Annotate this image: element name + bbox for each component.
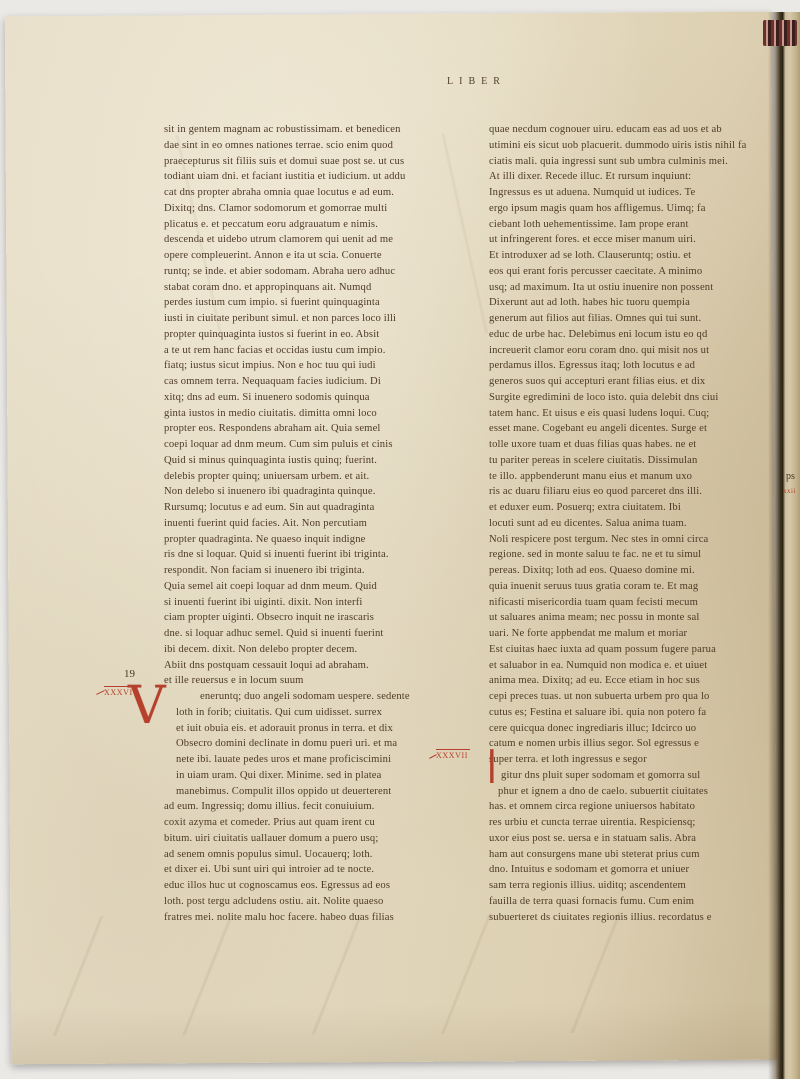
text-line: Quia semel ait coepi loquar ad dnm meum.… bbox=[164, 579, 456, 595]
text-line: cutus es; Festina et saluare ibi. quia n… bbox=[489, 705, 777, 721]
text-line: generos suos qui accepturi erant filias … bbox=[489, 374, 777, 390]
text-line: quia inuenit seruus tuus gratia coram te… bbox=[489, 579, 777, 595]
text-line: Est ciuitas haec iuxta ad quam possum fu… bbox=[489, 642, 777, 658]
text-line: descenda et uidebo utrum clamorem qui ue… bbox=[164, 232, 456, 248]
text-line: dae sint in eo omnes nationes terrae. sc… bbox=[164, 138, 456, 154]
text-line: Quid si minus quinquaginta iustis quinq;… bbox=[164, 453, 456, 469]
text-line: a te ut rem hanc facias et occidas iustu… bbox=[164, 343, 456, 359]
text-line: educ de urbe hac. Delebimus eni locum is… bbox=[489, 327, 777, 343]
text-line: phur et ignem a dno de caelo. subuertit … bbox=[489, 784, 777, 800]
text-line: loth in forib; ciuitatis. Qui cum uidiss… bbox=[164, 705, 456, 721]
text-line: ut infringerent fores. et ecce miser man… bbox=[489, 232, 777, 248]
text-line: At illi dixer. Recede illuc. Et rursum i… bbox=[489, 169, 777, 185]
parchment-bottom-shading bbox=[11, 1002, 777, 1065]
text-line: si inuenti fuerint ibi uiginti. dixit. N… bbox=[164, 595, 456, 611]
text-line: perdamus illos. Egressus itaq; loth locu… bbox=[489, 358, 777, 374]
rubricated-initial-i: I bbox=[487, 744, 497, 790]
text-line: has. et omnem circa regione uniuersos ha… bbox=[489, 799, 777, 815]
text-lines: quae necdum cognouer uiru. educam eas ad… bbox=[489, 122, 777, 925]
text-line: utimini eis sicut uob placuerit. dummodo… bbox=[489, 138, 777, 154]
text-line: Obsecro domini declinate in domu pueri u… bbox=[164, 736, 456, 752]
text-line: et ille reuersus e in locum suum bbox=[164, 673, 456, 689]
rubricated-initial-v: V bbox=[128, 680, 166, 732]
text-line: uari. Ne forte appbendat me malum et mor… bbox=[489, 626, 777, 642]
text-line: anima mea. Dixitq; ad eu. Ecce etiam in … bbox=[489, 673, 777, 689]
text-line: nete ibi. lauate pedes uros et mane prof… bbox=[164, 752, 456, 768]
parchment-fold-lines bbox=[50, 912, 651, 1036]
text-line: bitum. uiri ciuitatis uallauer domum a p… bbox=[164, 831, 456, 847]
text-line: perdes iustum cum impio. si fuerint quin… bbox=[164, 295, 456, 311]
text-line: et saluabor in ea. Numquid non modica e.… bbox=[489, 658, 777, 674]
text-line: Dixerunt aut ad loth. habes hic tuoru qu… bbox=[489, 295, 777, 311]
text-line: nificasti misericordia tuam quam fecisti… bbox=[489, 595, 777, 611]
text-line: dne. si loquar adhuc semel. Quid si inue… bbox=[164, 626, 456, 642]
text-line: tu pariter pereas in scelere ciuitatis. … bbox=[489, 453, 777, 469]
text-column-right: quae necdum cognouer uiru. educam eas ad… bbox=[489, 122, 777, 925]
text-line: quae necdum cognouer uiru. educam eas ad… bbox=[489, 122, 777, 138]
text-line: pereas. Dixitq; loth ad eos. Quaeso domi… bbox=[489, 563, 777, 579]
text-line: tatem hanc. Et uisus e eis quasi ludens … bbox=[489, 406, 777, 422]
text-line: te illo. appbenderunt manu eius et manum… bbox=[489, 469, 777, 485]
text-line: stabat coram dno. et appropinquans ait. … bbox=[164, 280, 456, 296]
text-line: ris dne si loquar. Quid si inuenti fueri… bbox=[164, 547, 456, 563]
text-line: et dixer ei. Ubi sunt uiri qui introier … bbox=[164, 862, 456, 878]
book-headband bbox=[763, 20, 797, 46]
text-line: runtq; se inde. et abier sodomam. Abraha… bbox=[164, 264, 456, 280]
running-header: LIBER bbox=[447, 76, 506, 87]
text-line: in uiam uram. Qui dixer. Minime. sed in … bbox=[164, 768, 456, 784]
text-line: propter eos. Respondens abraham ait. Qui… bbox=[164, 421, 456, 437]
text-line: et eduxer eum. Posuerq; extra ciuitatem.… bbox=[489, 500, 777, 516]
text-line: ham aut consurgens mane ubi steterat pri… bbox=[489, 847, 777, 863]
text-line: praecepturus sit filiis suis et domui su… bbox=[164, 154, 456, 170]
text-line: ibi decem. dixit. Non delebo propter dec… bbox=[164, 642, 456, 658]
text-line: respondit. Non faciam si inuenero ibi tr… bbox=[164, 563, 456, 579]
text-line: iusti in ciuitate peribunt simul. et non… bbox=[164, 311, 456, 327]
text-line: locuti sunt ad eu dicentes. Salua anima … bbox=[489, 516, 777, 532]
text-line: cepi preces tuas. ut non subuerta urbem … bbox=[489, 689, 777, 705]
text-line: fiatq; iustus sicut impius. Non e hoc tu… bbox=[164, 358, 456, 374]
manuscript-photo: LIBER 19 XXXVI XXXVII sit in gentem magn… bbox=[0, 0, 800, 1079]
text-line: educ illos huc ut cognoscamus eos. Egres… bbox=[164, 878, 456, 894]
text-line: ergo ipsum magis quam hos affligemus. Ui… bbox=[489, 201, 777, 217]
text-line: propter quadraginta. Ne quaeso inquit in… bbox=[164, 532, 456, 548]
text-line: sam terra regionis illius. uiditq; ascen… bbox=[489, 878, 777, 894]
text-line: loth. post tergu adcludens ostiu. ait. N… bbox=[164, 894, 456, 910]
text-line: eos qui erant foris percusser caecitate.… bbox=[489, 264, 777, 280]
text-line: ciebant loth uehementissime. Iam prope e… bbox=[489, 217, 777, 233]
text-line: delebis propter quinq; uniuersam urbem. … bbox=[164, 469, 456, 485]
text-line: ad senem omnis populus simul. Uocauerq; … bbox=[164, 847, 456, 863]
text-column-left: sit in gentem magnam ac robustissimam. e… bbox=[164, 122, 456, 925]
text-line: ciatis mali. quia ingressi sunt sub umbr… bbox=[489, 154, 777, 170]
text-line: Surgite egredimini de loco isto. quia de… bbox=[489, 390, 777, 406]
facing-page-partial-mark: ps bbox=[786, 471, 795, 482]
text-line: Non delebo si inuenero ibi quadraginta q… bbox=[164, 484, 456, 500]
text-line: ris ac duaru filiaru eius eo quod parcer… bbox=[489, 484, 777, 500]
text-line: cas omnem terra. Nequaquam facies iudici… bbox=[164, 374, 456, 390]
text-line: Dixitq; dns. Clamor sodomorum et gomorra… bbox=[164, 201, 456, 217]
text-line: super terra. et loth ingressus e segor bbox=[489, 752, 777, 768]
text-line: ad eum. Ingressiq; domu illius. fecit co… bbox=[164, 799, 456, 815]
text-lines: sit in gentem magnam ac robustissimam. e… bbox=[164, 122, 456, 925]
text-line: fratres mei. nolite malu hoc facere. hab… bbox=[164, 910, 456, 926]
text-line: eneruntq; duo angeli sodomam uespere. se… bbox=[164, 689, 456, 705]
text-line: ut saluares anima meam; nec possu in mon… bbox=[489, 610, 777, 626]
text-line: Noli respicere post tergum. Nec stes in … bbox=[489, 532, 777, 548]
text-line: usq; ad maximum. Ita ut ostiu inuenire n… bbox=[489, 280, 777, 296]
text-line: coxit azyma et comeder. Prius aut quam i… bbox=[164, 815, 456, 831]
text-line: cat dns propter abraha omnia quae locutu… bbox=[164, 185, 456, 201]
text-line: res urbiu et cuncta terrae uirentia. Res… bbox=[489, 815, 777, 831]
text-line: catum e nomen urbis illius segor. Sol eg… bbox=[489, 736, 777, 752]
text-line: Ingressus es ut aduena. Numquid ut iudic… bbox=[489, 185, 777, 201]
text-line: regione. sed in monte saluu te fac. ne e… bbox=[489, 547, 777, 563]
text-line: todiant uiam dni. et faciant iustitia et… bbox=[164, 169, 456, 185]
text-line: ciam propter uiginti. Obsecro inquit ne … bbox=[164, 610, 456, 626]
text-line: gitur dns pluit super sodomam et gomorra… bbox=[489, 768, 777, 784]
facing-page-partial-rubric: xxii bbox=[783, 487, 796, 495]
text-line: ginta iustos in medio ciuitatis. dimitta… bbox=[164, 406, 456, 422]
text-line: tolle uxore tuam et duas filias quas hab… bbox=[489, 437, 777, 453]
text-line: xitq; dns ad eum. Si inuenero sodomis qu… bbox=[164, 390, 456, 406]
text-line: Et introduxer ad se loth. Clauseruntq; o… bbox=[489, 248, 777, 264]
text-line: increuerit clamor eoru coram dno. qui mi… bbox=[489, 343, 777, 359]
text-line: inuenti fuerint quid facies. Ait. Non pe… bbox=[164, 516, 456, 532]
text-line: et iuit obuia eis. et adorauit pronus in… bbox=[164, 721, 456, 737]
text-line: Rursumq; locutus e ad eum. Sin aut quadr… bbox=[164, 500, 456, 516]
text-line: Abiit dns postquam cessauit loqui ad abr… bbox=[164, 658, 456, 674]
text-line: coepi loquar ad dnm meum. Cum sim puluis… bbox=[164, 437, 456, 453]
text-line: cere quicqua donec ingrediaris illuc; Id… bbox=[489, 721, 777, 737]
text-line: uxor eius post se. uersa e in statuam sa… bbox=[489, 831, 777, 847]
text-line: propter quinquaginta iustos si fuerint i… bbox=[164, 327, 456, 343]
text-line: sit in gentem magnam ac robustissimam. e… bbox=[164, 122, 456, 138]
text-line: dno. Intuitus e sodomam et gomorra et un… bbox=[489, 862, 777, 878]
text-line: esset mane. Cogebant eu angeli dicentes.… bbox=[489, 421, 777, 437]
text-line: subuerteret ds ciuitates regionis illius… bbox=[489, 910, 777, 926]
text-line: plicatus e. et peccatum eoru adgrauatum … bbox=[164, 217, 456, 233]
text-line: fauilla de terra quasi fornacis fumu. Cu… bbox=[489, 894, 777, 910]
text-line: generum aut filios aut filias. Omnes qui… bbox=[489, 311, 777, 327]
text-line: opere compleuerint. Annon e ita ut scia.… bbox=[164, 248, 456, 264]
text-line: manebimus. Compulit illos oppido ut deue… bbox=[164, 784, 456, 800]
